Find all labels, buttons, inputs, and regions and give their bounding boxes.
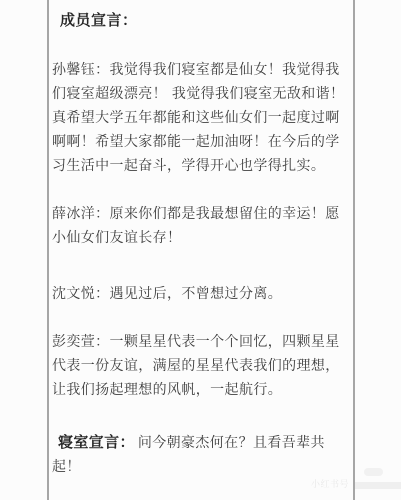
text-line: 真希望大学五年都能和这些仙女们一起度过啊 [52,106,348,130]
text-line: 薛冰洋：原来你们都是我最想留住的幸运！愿 [52,202,348,226]
text-line: 们寝室超级漂亮！ 我觉得我们寝室无敌和谐！ [52,82,348,106]
text-line: 孙馨钰：我觉得我们寝室都是仙女！我觉得我 [52,58,348,82]
text-line: 沈文悦：遇见过后，不曾想过分离。 [52,282,348,306]
text-line: 代表一份友谊，满屋的星星代表我们的理想， [52,354,348,378]
dorm-declaration-text: 问今朝豪杰何在？且看吾辈共 [138,435,325,451]
member-quote-peng-yixuan: 彭奕萱：一颗星星代表一个个回忆，四颗星星 代表一份友谊，满屋的星星代表我们的理想… [52,330,348,402]
document-page: 成员宣言： 孙馨钰：我觉得我们寝室都是仙女！我觉得我 们寝室超级漂亮！ 我觉得我… [0,0,401,500]
watermark-id-bar [353,482,401,489]
text-line: 啊啊！希望大家都能一起加油呀！在今后的学 [52,130,348,154]
text-line: 彭奕萱：一颗星星代表一个个回忆，四颗星星 [52,330,348,354]
page-right-border-line [353,0,355,500]
watermark-row: 小红书号 [311,480,401,491]
member-quote-sun-xinyu: 孙馨钰：我觉得我们寝室都是仙女！我觉得我 们寝室超级漂亮！ 我觉得我们寝室无敌和… [52,58,348,178]
page-left-border-line [47,0,49,500]
member-quote-xue-bingyang: 薛冰洋：原来你们都是我最想留住的幸运！愿 小仙女们友谊长存！ [52,202,348,250]
text-line: 寝室宣言：问今朝豪杰何在？且看吾辈共 [52,430,348,455]
dorm-declaration: 寝室宣言：问今朝豪杰何在？且看吾辈共 起！ [52,430,348,479]
watermark-badge-icon [364,468,383,476]
text-line: 习生活中一起奋斗，学得开心也学得扎实。 [52,154,348,178]
member-quote-shen-wenyue: 沈文悦：遇见过后，不曾想过分离。 [52,282,348,306]
text-line: 让我们扬起理想的风帆，一起航行。 [52,378,348,402]
text-line: 小仙女们友谊长存！ [52,226,348,250]
dorm-declaration-label: 寝室宣言： [58,433,135,451]
watermark-label: 小红书号 [311,480,349,491]
section-title: 成员宣言： [60,10,138,30]
text-line: 起！ [52,455,348,479]
